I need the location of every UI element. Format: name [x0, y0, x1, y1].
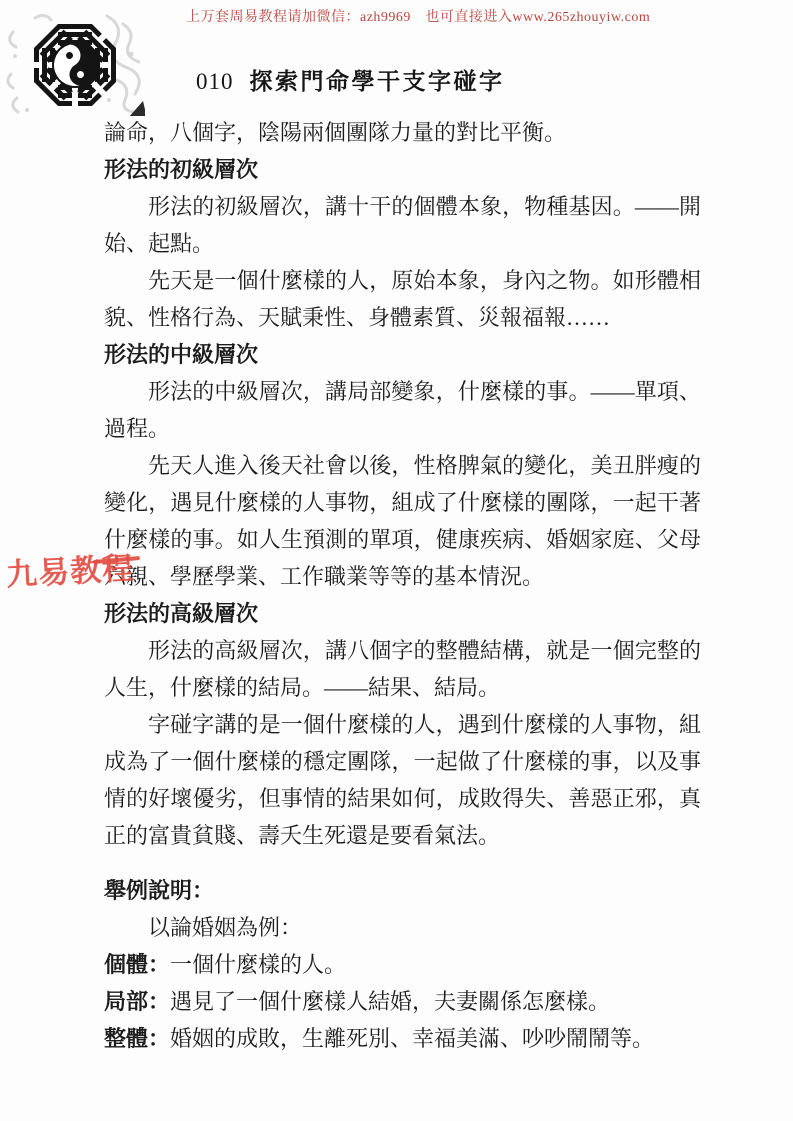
paragraph: 先天人進入後天社會以後，性格脾氣的變化，美丑胖瘦的變化，遇見什麼樣的人事物，組成… [104, 447, 701, 595]
paragraph: 形法的高級層次，講八個字的整體結構，就是一個完整的人生，什麼樣的結局。——結果、… [104, 632, 701, 706]
paragraph: 整體：婚姻的成敗，生離死別、幸福美滿、吵吵鬧鬧等。 [104, 1020, 701, 1057]
paragraph: 局部：遇見了一個什麼樣人結婚，夫妻關係怎麼樣。 [104, 983, 701, 1020]
section-heading: 舉例說明： [104, 872, 701, 909]
paragraph: 以論婚姻為例： [104, 909, 701, 946]
paragraph: 字碰字講的是一個什麼樣的人，遇到什麼樣的人事物，組成為了一個什麼樣的穩定團隊，一… [104, 706, 701, 854]
paragraph: 個體：一個什麼樣的人。 [104, 946, 701, 983]
bagua-taiji-logo [5, 10, 145, 116]
paragraph: 先天是一個什麼樣的人，原始本象，身內之物。如形體相貌、性格行為、天賦秉性、身體素… [104, 262, 701, 336]
paragraph: 形法的初級層次，講十干的個體本象，物種基因。——開始、起點。 [104, 188, 701, 262]
paragraph-label: 局部： [104, 989, 170, 1014]
page-number: 010 [196, 69, 234, 94]
page: 上万套周易教程请加微信：azh9969 也可直接进入www.265zhouyiw… [0, 0, 793, 1121]
body-text: 論命，八個字，陰陽兩個團隊力量的對比平衡。形法的初級層次形法的初級層次，講十干的… [104, 114, 701, 1057]
bagua-taiji-icon [5, 10, 145, 116]
paragraph: 形法的中級層次，講局部變象，什麼樣的事。——單項、過程。 [104, 373, 701, 447]
page-header: 010探索門命學干支字碰字 [196, 63, 505, 96]
promo-banner-text: 上万套周易教程请加微信：azh9969 也可直接进入www.265zhouyiw… [186, 6, 650, 26]
section-heading: 形法的中級層次 [104, 336, 701, 373]
section-heading: 形法的高級層次 [104, 595, 701, 632]
section-heading: 形法的初級層次 [104, 151, 701, 188]
watermark-text: 九易教程 [5, 543, 135, 595]
paragraph-label: 個體： [104, 952, 170, 977]
page-title: 探索門命學干支字碰字 [250, 69, 505, 94]
paragraph-label: 整體： [104, 1026, 170, 1051]
paragraph: 論命，八個字，陰陽兩個團隊力量的對比平衡。 [104, 114, 701, 151]
